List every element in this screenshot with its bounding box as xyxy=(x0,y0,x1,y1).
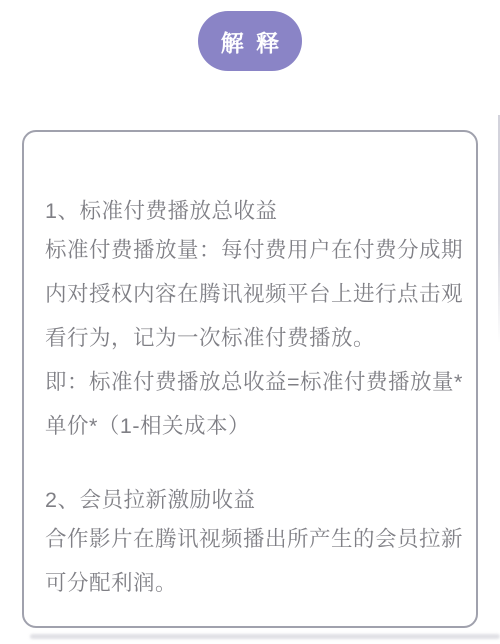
section-heading: 2、会员拉新激励收益 xyxy=(45,483,460,517)
text-line: 可分配利润。 xyxy=(45,561,460,605)
section-heading: 1、标准付费播放总收益 xyxy=(45,194,460,228)
explain-badge-label: 解 释 xyxy=(218,25,282,58)
explain-badge[interactable]: 解 释 xyxy=(198,11,302,71)
page-root: { "badge": { "label": "解 释", "bg_color":… xyxy=(0,0,500,644)
bottom-element-shadow xyxy=(30,634,500,639)
text-line: 标准付费播放量：每付费用户在付费分成期 xyxy=(45,228,460,272)
text-line: 合作影片在腾讯视频播出所产生的会员拉新 xyxy=(45,517,460,561)
text-line: 单价*（1-相关成本） xyxy=(45,404,460,448)
section-standard-paid-playback: 1、标准付费播放总收益 标准付费播放量：每付费用户在付费分成期 内对授权内容在腾… xyxy=(45,194,460,448)
text-line: 内对授权内容在腾讯视频平台上进行点击观 xyxy=(45,272,460,316)
text-line: 看行为，记为一次标准付费播放。 xyxy=(45,316,460,360)
explanation-card-content: 1、标准付费播放总收益 标准付费播放量：每付费用户在付费分成期 内对授权内容在腾… xyxy=(45,194,460,605)
section-member-incentive: 2、会员拉新激励收益 合作影片在腾讯视频播出所产生的会员拉新 可分配利润。 xyxy=(45,483,460,605)
explanation-card: 1、标准付费播放总收益 标准付费播放量：每付费用户在付费分成期 内对授权内容在腾… xyxy=(22,130,478,628)
text-line: 即：标准付费播放总收益=标准付费播放量* xyxy=(45,360,460,404)
